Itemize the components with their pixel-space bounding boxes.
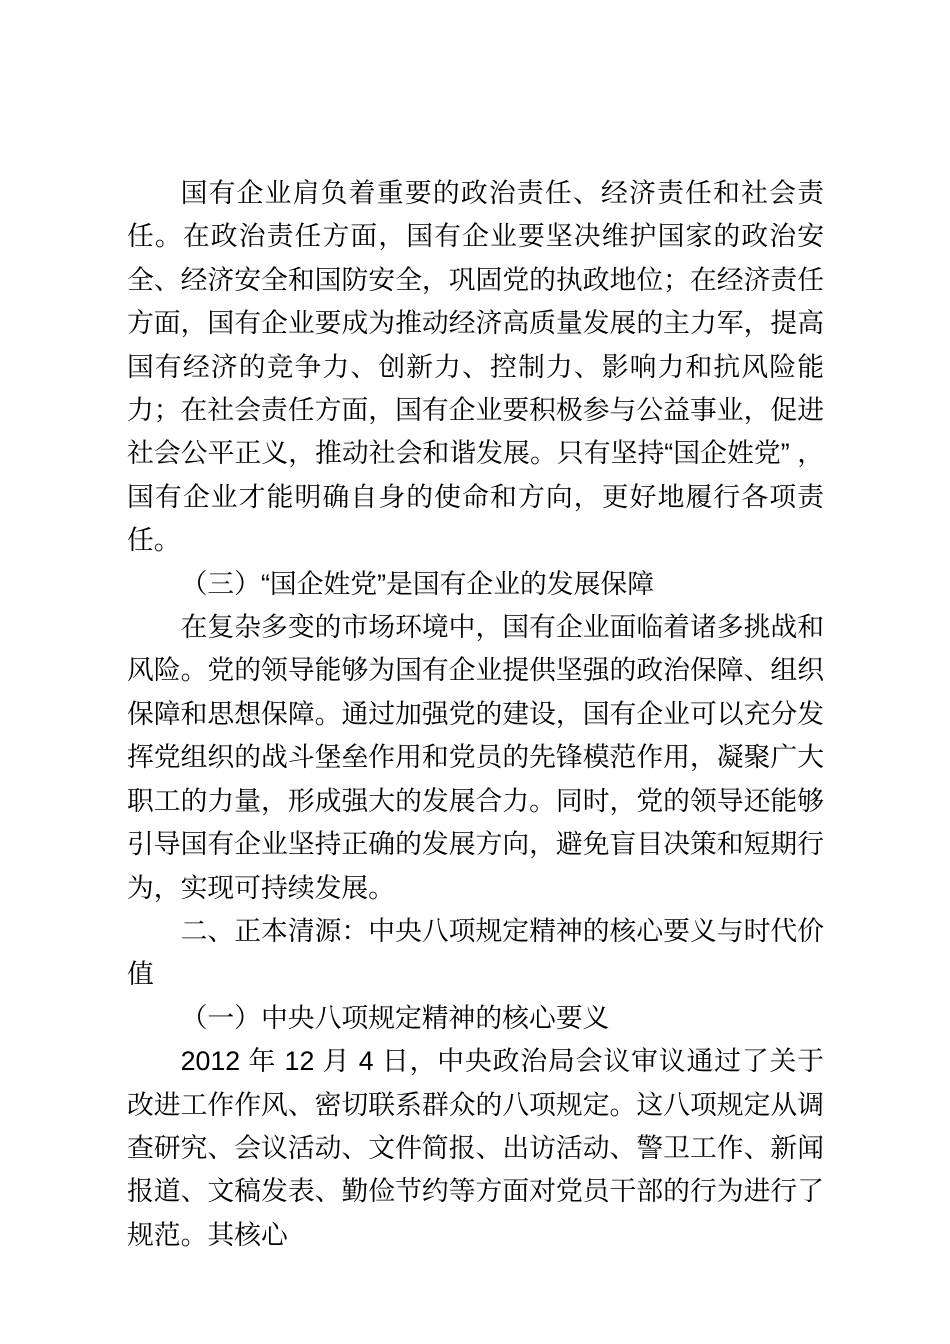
body-paragraph: 国有企业肩负着重要的政治责任、经济责任和社会责任。在政治责任方面，国有企业要坚决… bbox=[127, 172, 824, 563]
section-heading: （一）中央八项规定精神的核心要义 bbox=[127, 997, 824, 1040]
section-heading: （三）“国企姓党”是国有企业的发展保障 bbox=[127, 563, 824, 606]
chapter-heading: 二、正本清源：中央八项规定精神的核心要义与时代价值 bbox=[127, 910, 824, 997]
document-page: 国有企业肩负着重要的政治责任、经济责任和社会责任。在政治责任方面，国有企业要坚决… bbox=[0, 0, 950, 1344]
body-paragraph: 在复杂多变的市场环境中，国有企业面临着诸多挑战和风险。党的领导能够为国有企业提供… bbox=[127, 606, 824, 910]
body-paragraph: 2012 年 12 月 4 日，中央政治局会议审议通过了关于改进工作作风、密切联… bbox=[127, 1040, 824, 1257]
document-body: 国有企业肩负着重要的政治责任、经济责任和社会责任。在政治责任方面，国有企业要坚决… bbox=[127, 172, 824, 1257]
